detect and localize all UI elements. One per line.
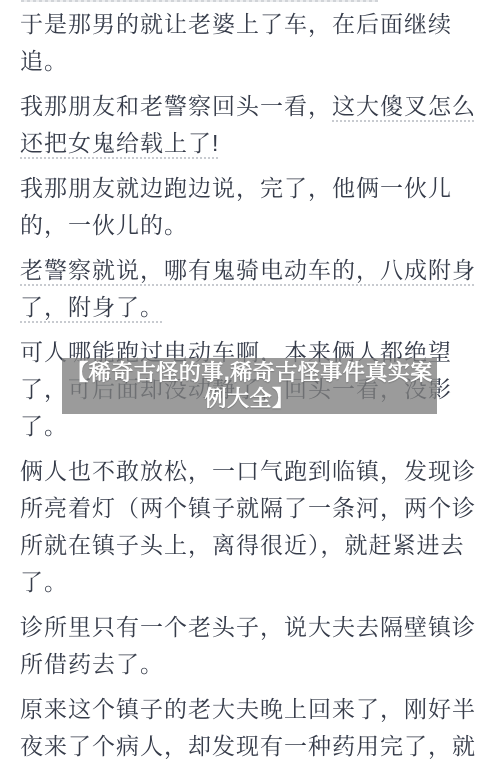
keyword-link[interactable]: 老警察就说，哪有鬼骑电动车的，八成附身了，附身了。 bbox=[20, 257, 476, 320]
text-segment: 我那朋友就边跑边说，完了，他俩一伙儿的，一伙儿的。 bbox=[20, 175, 452, 238]
paragraph: 于是那男的就让老婆上了车，在后面继续追。 bbox=[20, 6, 480, 80]
paragraph: 我那朋友就边跑边说，完了，他俩一伙儿的，一伙儿的。 bbox=[20, 170, 480, 244]
paragraph: 原来这个镇子的老大夫晚上回来了，刚好半夜来了个病人，却发现有一种药用完了，就 bbox=[20, 691, 480, 765]
text-segment: 原来这个镇子的老大夫晚上回来了，刚好半夜来了个病人，却发现有一种药用完了，就 bbox=[20, 696, 476, 759]
watermark-text: 【稀奇古怪的事,稀奇古怪事件真实案例大全】 bbox=[62, 360, 437, 412]
paragraph: 老警察就说，哪有鬼骑电动车的，八成附身了，附身了。 bbox=[20, 252, 480, 326]
paragraph: 俩人也不敢放松，一口气跑到临镇，发现诊所亮着灯（两个镇子就隔了一条河，两个诊所就… bbox=[20, 453, 480, 601]
text-segment: 俩人也不敢放松，一口气跑到临镇，发现诊所亮着灯（两个镇子就隔了一条河，两个诊所就… bbox=[20, 458, 476, 595]
paragraph: 我那朋友和老警察回头一看，这大傻叉怎么还把女鬼给载上了! bbox=[20, 88, 480, 162]
text-segment: 诊所里只有一个老头子，说大夫去隔壁镇诊所借药去了。 bbox=[20, 614, 476, 677]
text-segment: 我那朋友和老警察回头一看， bbox=[20, 93, 332, 119]
text-segment: 于是那男的就让老婆上了车，在后面继续追。 bbox=[20, 11, 452, 74]
paragraph: 诊所里只有一个老头子，说大夫去隔壁镇诊所借药去了。 bbox=[20, 609, 480, 683]
story-page: 于是那男的就让老婆上了车，在后面继续追。我那朋友和老警察回头一看，这大傻叉怎么还… bbox=[0, 0, 500, 765]
watermark-overlay: 【稀奇古怪的事,稀奇古怪事件真实案例大全】 bbox=[62, 358, 437, 414]
